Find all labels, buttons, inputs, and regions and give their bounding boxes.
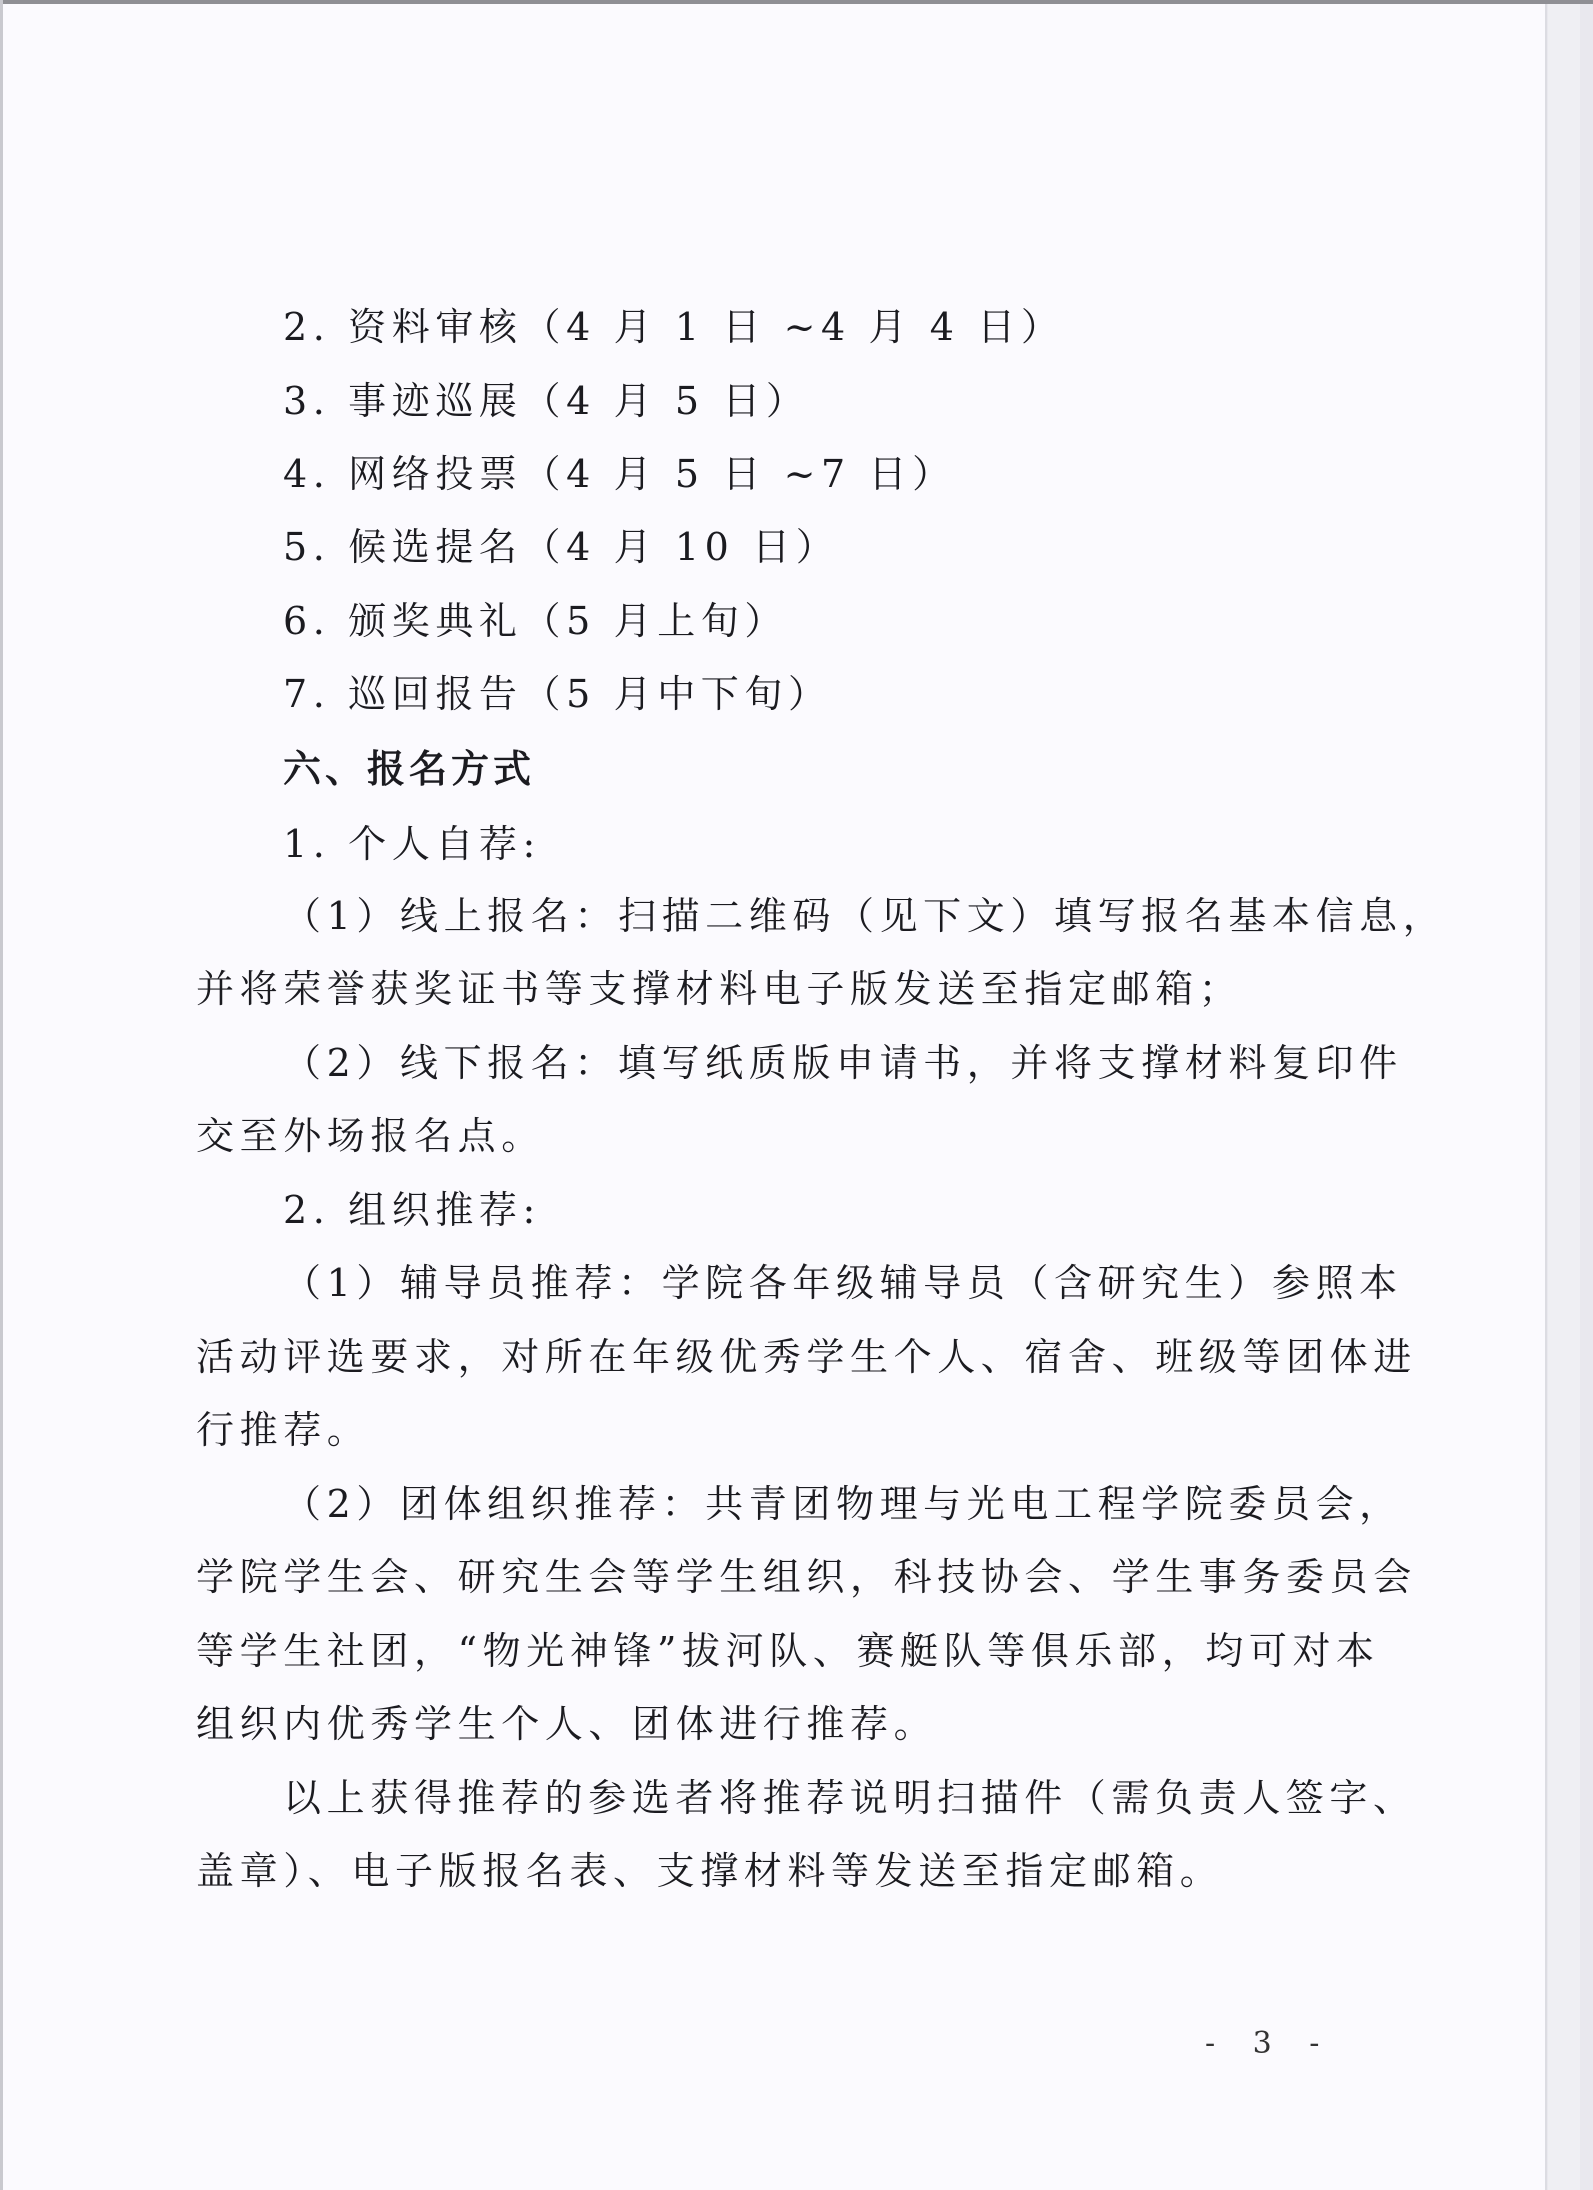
paragraph-line: 活动评选要求，对所在年级优秀学生个人、宿舍、班级等团体进 [196, 1332, 1417, 1382]
schedule-item-3: 3. 事迹巡展（4 月 5 日） [283, 376, 810, 426]
schedule-item-6: 6. 颁奖典礼（5 月上旬） [283, 596, 788, 646]
paragraph-line: （1）线上报名：扫描二维码（见下文）填写报名基本信息， [283, 891, 1446, 941]
paragraph-line: （2）线下报名：填写纸质版申请书，并将支撑材料复印件 [283, 1038, 1403, 1088]
section-heading: 六、报名方式 [283, 744, 535, 794]
paragraph-line: （1）辅导员推荐：学院各年级辅导员（含研究生）参照本 [283, 1258, 1403, 1308]
schedule-item-7: 7. 巡回报告（5 月中下旬） [283, 669, 832, 719]
paragraph-line: 等学生社团，“物光神锋”拔河队、赛艇队等俱乐部，均可对本 [196, 1626, 1380, 1676]
scan-right-strip [1548, 4, 1580, 2190]
paragraph-line: 学院学生会、研究生会等学生组织，科技协会、学生事务委员会 [196, 1552, 1417, 1602]
subsection-title: 2. 组织推荐: [283, 1185, 541, 1235]
paragraph-line: 盖章）、电子版报名表、支撑材料等发送至指定邮箱。 [196, 1846, 1223, 1896]
schedule-item-2: 2. 资料审核（4 月 1 日 ~4 月 4 日） [283, 302, 1064, 352]
schedule-item-4: 4. 网络投票（4 月 5 日 ~7 日） [283, 449, 956, 499]
paragraph-line: （2）团体组织推荐：共青团物理与光电工程学院委员会， [283, 1479, 1403, 1529]
paragraph-line: 以上获得推荐的参选者将推荐说明扫描件（需负责人签字、 [283, 1773, 1417, 1823]
page-number: - 3 - [1205, 2026, 1333, 2061]
paragraph-line: 并将荣誉获奖证书等支撑材料电子版发送至指定邮箱； [196, 964, 1242, 1014]
subsection-title: 1. 个人自荐: [283, 819, 541, 869]
paragraph-line: 行推荐。 [196, 1405, 370, 1455]
paragraph-line: 交至外场报名点。 [196, 1111, 545, 1161]
paragraph-line: 组织内优秀学生个人、团体进行推荐。 [196, 1699, 937, 1749]
schedule-item-5: 5. 候选提名（4 月 10 日） [283, 522, 839, 572]
